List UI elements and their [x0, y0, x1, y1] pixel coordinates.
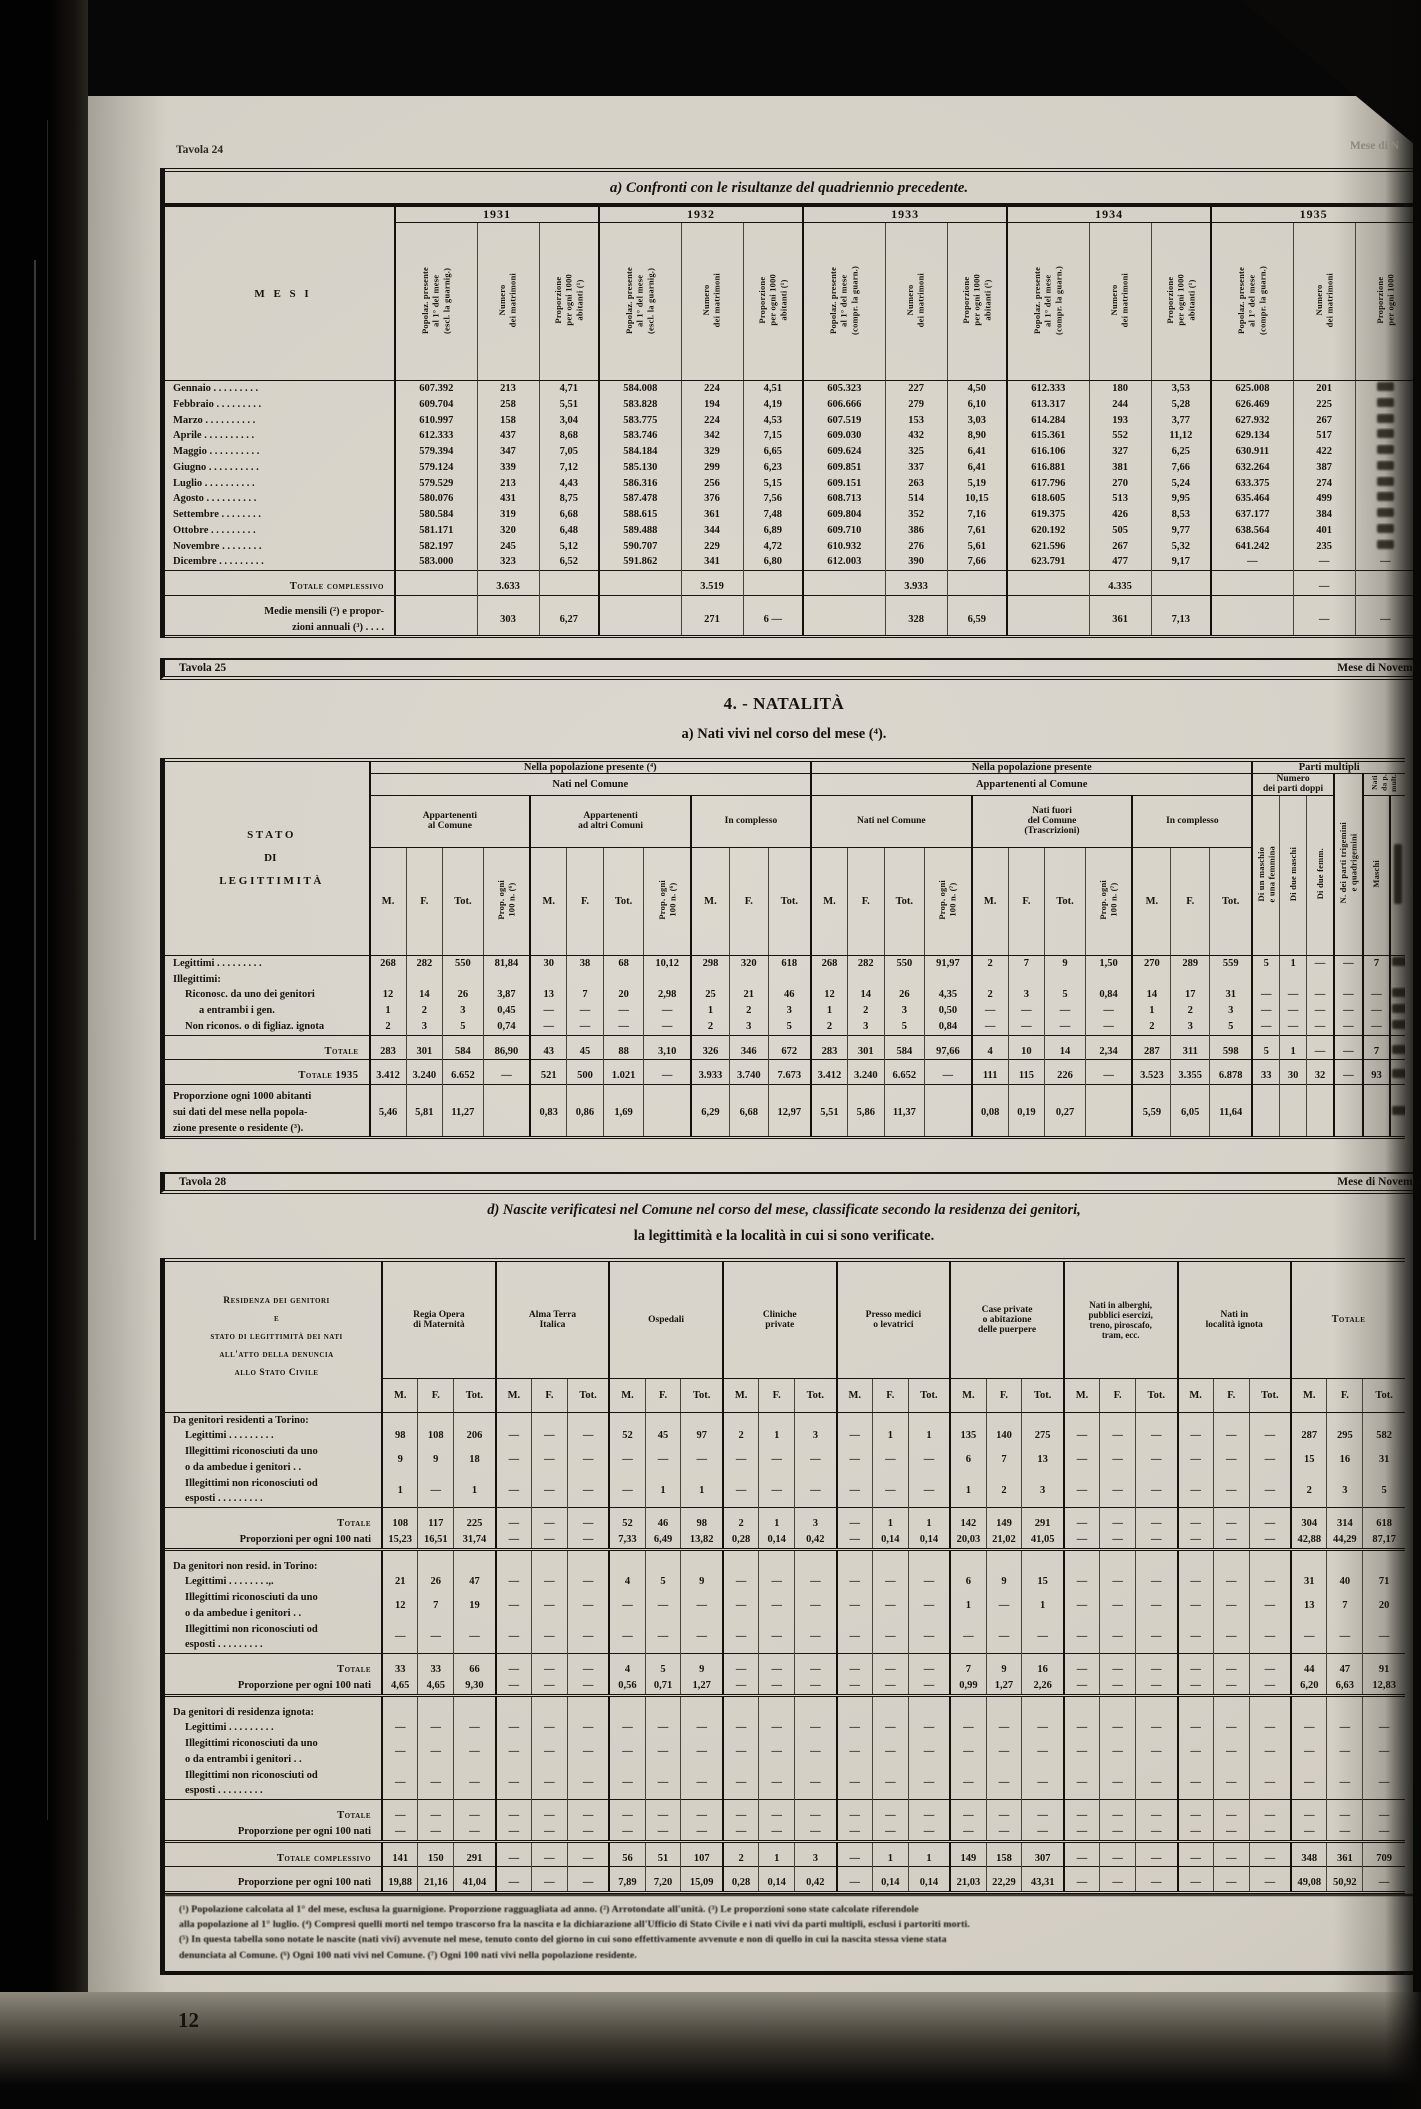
natalita-subtitle: a) Nati vivi nel corso del mese (⁴).	[160, 726, 1408, 743]
col-header: F.	[567, 847, 604, 955]
data-cell: 623.791	[1007, 554, 1089, 570]
data-cell: —	[645, 1768, 681, 1800]
data-cell: —	[1293, 554, 1355, 570]
data-cell	[795, 1412, 837, 1428]
data-cell: —	[1100, 1622, 1136, 1654]
illegible-smudge	[1377, 445, 1394, 454]
data-cell: 2	[1171, 1003, 1210, 1019]
data-cell: —	[1291, 1622, 1327, 1654]
data-cell	[908, 1549, 950, 1574]
data-cell: —	[1100, 1508, 1136, 1532]
data-cell: 16	[1022, 1654, 1064, 1678]
data-cell: —	[759, 1720, 795, 1736]
data-cell	[609, 1549, 645, 1574]
data-cell: 17	[1171, 987, 1210, 1003]
data-cell: 6.652	[443, 1060, 484, 1085]
data-cell: —	[1252, 987, 1279, 1003]
data-cell: —	[681, 1800, 723, 1824]
data-cell: 584	[884, 1035, 925, 1060]
data-cell: —	[837, 1867, 873, 1893]
data-cell	[599, 571, 681, 596]
data-cell	[759, 1412, 795, 1428]
data-cell	[908, 1695, 950, 1720]
data-cell: —	[496, 1654, 532, 1678]
data-cell: —	[986, 1590, 1022, 1622]
col-alma-terra: Alma Terra Italica	[496, 1260, 610, 1378]
data-cell	[496, 1412, 532, 1428]
data-cell: —	[1307, 987, 1334, 1003]
stato-legittimita-header: S T A T O DI L E G I T T I M I T À	[165, 760, 370, 955]
row-label: Da genitori residenti a Torino:	[165, 1412, 382, 1428]
data-cell: 3	[768, 1003, 811, 1019]
g1-sub: Nati nel Comune	[370, 774, 811, 796]
data-cell: —	[1293, 571, 1355, 596]
col-header: Tot.	[681, 1378, 723, 1412]
data-cell: —	[567, 1444, 609, 1476]
data-cell: 5,51	[811, 1085, 848, 1138]
data-cell	[1355, 397, 1415, 413]
data-cell	[691, 972, 730, 988]
band-tavola25: Tavola 25 Mese di Novembre	[160, 658, 1421, 680]
data-cell	[1280, 972, 1307, 988]
data-cell: —	[496, 1622, 532, 1654]
data-cell	[1213, 1412, 1249, 1428]
data-cell: 5,15	[743, 476, 803, 492]
data-cell	[950, 1695, 986, 1720]
col-header: M.	[1178, 1378, 1214, 1412]
data-cell: —	[1334, 987, 1363, 1003]
col-header: Prop. ogni 100 n. (⁶)	[483, 847, 530, 955]
data-cell: 267	[1089, 539, 1151, 555]
data-cell: —	[1100, 1532, 1136, 1549]
data-cell: —	[872, 1444, 908, 1476]
col-header: M.	[811, 847, 848, 955]
data-cell: 6 —	[743, 595, 803, 637]
data-cell: 9,17	[1151, 554, 1211, 570]
data-cell	[1007, 595, 1089, 637]
data-cell: 282	[848, 955, 885, 971]
data-cell: —	[1136, 1476, 1178, 1508]
row-label: Gennaio . . . . . . . . .	[165, 381, 395, 397]
col-num-1931: Numero dei matrimoni	[497, 273, 518, 327]
data-cell: —	[1045, 1019, 1086, 1035]
data-cell: —	[1064, 1444, 1100, 1476]
data-cell: —	[1291, 1720, 1327, 1736]
data-cell: —	[496, 1800, 532, 1824]
data-cell: 18	[454, 1444, 496, 1476]
data-cell: —	[567, 1003, 604, 1019]
data-cell: —	[1213, 1720, 1249, 1736]
data-cell: 0,83	[530, 1085, 567, 1138]
col-pop-1935: Popolaz. presente al 1° del mese (compr.…	[1236, 266, 1268, 335]
data-cell: 3.523	[1132, 1060, 1171, 1085]
data-cell: 283	[811, 1035, 848, 1060]
data-cell: 5	[1252, 955, 1279, 971]
data-cell	[532, 1549, 568, 1574]
data-cell: 8,90	[947, 428, 1007, 444]
data-cell	[1064, 1549, 1100, 1574]
data-cell	[972, 972, 1009, 988]
table28-title-line1: d) Nascite verificatesi nel Comune nel c…	[160, 1202, 1408, 1219]
data-cell: —	[723, 1800, 759, 1824]
data-cell: 21,02	[986, 1532, 1022, 1549]
data-cell: 4	[609, 1654, 645, 1678]
data-cell: 505	[1089, 523, 1151, 539]
data-cell: 337	[885, 460, 947, 476]
data-cell: 149	[950, 1841, 986, 1867]
data-cell: —	[1213, 1654, 1249, 1678]
maschi-header: Maschi	[1363, 795, 1390, 955]
data-cell: 88	[603, 1035, 644, 1060]
data-cell: —	[1363, 1622, 1405, 1654]
illegible-smudge	[1392, 1020, 1405, 1029]
col-header: M.	[609, 1378, 645, 1412]
data-cell: 229	[681, 539, 743, 555]
data-cell: —	[723, 1574, 759, 1590]
col-num-1934: Numero dei matrimoni	[1109, 273, 1130, 327]
data-cell	[1327, 1695, 1363, 1720]
data-cell: —	[609, 1444, 645, 1476]
data-cell: —	[1136, 1444, 1178, 1476]
col-header: M.	[972, 847, 1009, 955]
data-cell: —	[950, 1768, 986, 1800]
table-row: Febbraio . . . . . . . . .609.7042585,51…	[165, 397, 1415, 413]
data-cell: 0,84	[925, 1019, 972, 1035]
data-cell	[418, 1695, 454, 1720]
data-cell: 12	[811, 987, 848, 1003]
data-cell: 25	[691, 987, 730, 1003]
data-cell: 630.911	[1211, 444, 1293, 460]
data-cell: 267	[1293, 413, 1355, 429]
data-cell: 47	[1327, 1654, 1363, 1678]
table-row: Da genitori di residenza ignota:	[165, 1695, 1405, 1720]
data-cell: 4,65	[382, 1678, 418, 1695]
data-cell: —	[532, 1867, 568, 1893]
data-cell: 3	[795, 1508, 837, 1532]
data-cell: —	[1064, 1768, 1100, 1800]
data-cell: 625.008	[1211, 381, 1293, 397]
data-cell: 6,59	[947, 595, 1007, 637]
g2-complesso: In complesso	[1132, 795, 1252, 847]
data-cell: —	[567, 1720, 609, 1736]
data-cell: 2	[723, 1508, 759, 1532]
data-cell: —	[723, 1654, 759, 1678]
data-cell: 299	[681, 460, 743, 476]
data-cell: 12,83	[1363, 1678, 1405, 1695]
col-prop-1934: Proporzione per ogni 1000 abitanti (¹)	[1165, 274, 1197, 326]
data-cell: 590.707	[599, 539, 681, 555]
data-cell: 633.375	[1211, 476, 1293, 492]
data-cell: 7,66	[947, 554, 1007, 570]
data-cell: 13	[530, 987, 567, 1003]
data-cell: 3.633	[477, 571, 539, 596]
data-cell: 91	[1363, 1654, 1405, 1678]
data-cell: —	[1307, 1019, 1334, 1035]
data-cell: —	[496, 1508, 532, 1532]
data-cell	[1210, 972, 1253, 988]
data-cell: —	[1280, 1019, 1307, 1035]
data-cell: 4,35	[925, 987, 972, 1003]
data-cell: —	[908, 1768, 950, 1800]
col-header: F.	[1008, 847, 1045, 955]
col-case-private: Case private o abitazione delle puerpere	[950, 1260, 1064, 1378]
data-cell	[1151, 571, 1211, 596]
data-cell: 615.361	[1007, 428, 1089, 444]
footnote-line: (⁵) In questa tabella sono notate le nas…	[179, 1932, 1403, 1947]
col-header: F.	[1213, 1378, 1249, 1412]
data-cell	[1355, 460, 1415, 476]
data-cell: —	[1008, 1003, 1045, 1019]
data-cell: —	[837, 1476, 873, 1508]
data-cell: —	[908, 1574, 950, 1590]
data-cell: 3	[1008, 987, 1045, 1003]
data-cell: —	[1100, 1574, 1136, 1590]
data-cell: —	[795, 1590, 837, 1622]
data-cell: 7,89	[609, 1867, 645, 1893]
data-cell: 226	[1045, 1060, 1086, 1085]
table-matrimoni-confronti: M E S I 1931 1932 1933 1934 1935 Popolaz…	[165, 205, 1415, 638]
table-row: Totale 19353.4123.2406.652—5215001.021—3…	[165, 1060, 1405, 1085]
data-cell: 401	[1293, 523, 1355, 539]
data-cell: 3	[730, 1019, 769, 1035]
data-cell: 271	[681, 595, 743, 637]
row-label: Illegittimi riconosciuti da uno o da amb…	[165, 1590, 382, 1622]
data-cell: —	[609, 1622, 645, 1654]
data-cell: —	[681, 1736, 723, 1768]
data-cell: —	[1022, 1824, 1064, 1841]
g3-title: Parti multipli	[1252, 760, 1405, 774]
data-cell: 153	[885, 413, 947, 429]
table-row: Proporzione ogni 1000 abitanti sui dati …	[165, 1085, 1405, 1138]
data-cell: 283	[370, 1035, 407, 1060]
table-row: Ottobre . . . . . . . . .581.1713206,485…	[165, 523, 1415, 539]
data-cell: —	[382, 1736, 418, 1768]
data-cell: 320	[730, 955, 769, 971]
data-cell: 42,88	[1291, 1532, 1327, 1549]
data-cell: —	[1178, 1532, 1214, 1549]
data-cell: 287	[1291, 1428, 1327, 1444]
page-number: 12	[178, 2008, 199, 2033]
data-cell: 40	[1327, 1574, 1363, 1590]
data-cell: —	[759, 1622, 795, 1654]
data-cell: 6,68	[539, 507, 599, 523]
data-cell: 6,63	[1327, 1678, 1363, 1695]
data-cell: 295	[1327, 1428, 1363, 1444]
data-cell: —	[1064, 1841, 1100, 1867]
data-cell	[1390, 1060, 1405, 1085]
data-cell: —	[1178, 1476, 1214, 1508]
data-cell: 33	[382, 1654, 418, 1678]
data-cell: 552	[1089, 428, 1151, 444]
table-row: Illegittimi:	[165, 972, 1405, 988]
data-cell: —	[1334, 1019, 1363, 1035]
data-cell: —	[1136, 1622, 1178, 1654]
row-label: Proporzione ogni 1000 abitanti sui dati …	[165, 1085, 370, 1138]
data-cell: 3	[443, 1003, 484, 1019]
data-cell: —	[644, 1060, 691, 1085]
data-cell: 422	[1293, 444, 1355, 460]
col-prop-1932: Proporzione per ogni 1000 abitanti (¹)	[757, 274, 789, 326]
data-cell: 709	[1363, 1841, 1405, 1867]
data-cell	[803, 571, 885, 596]
data-cell: —	[567, 1590, 609, 1622]
data-cell	[908, 1412, 950, 1428]
row-label: Illegittimi:	[165, 972, 370, 988]
data-cell	[454, 1549, 496, 1574]
illegible-smudge	[1392, 1106, 1405, 1115]
col-ospedali: Ospedali	[609, 1260, 723, 1378]
row-label: Proporzioni per ogni 100 nati	[165, 1532, 382, 1549]
data-cell: —	[1363, 1019, 1390, 1035]
data-cell: 1	[908, 1428, 950, 1444]
data-cell	[599, 595, 681, 637]
year-1933: 1933	[803, 206, 1007, 223]
data-cell: —	[681, 1720, 723, 1736]
data-cell: 68	[603, 955, 644, 971]
data-cell: 46	[645, 1508, 681, 1532]
data-cell: —	[872, 1574, 908, 1590]
table-row: Aprile . . . . . . . . . .612.3334378,68…	[165, 428, 1415, 444]
data-cell: 279	[885, 397, 947, 413]
col-num-1932: Numero dei matrimoni	[701, 273, 722, 327]
data-cell: —	[567, 1428, 609, 1444]
data-cell: —	[1249, 1720, 1291, 1736]
data-cell: 7	[418, 1590, 454, 1622]
data-cell: —	[1136, 1720, 1178, 1736]
mesi-header: M E S I	[165, 206, 395, 381]
row-label: Illegittimi non riconosciuti od esposti …	[165, 1476, 382, 1508]
data-cell: 11,27	[443, 1085, 484, 1138]
data-cell: —	[567, 1867, 609, 1893]
col-header: F.	[532, 1378, 568, 1412]
data-cell	[395, 571, 477, 596]
data-cell: 384	[1293, 507, 1355, 523]
data-cell: —	[532, 1532, 568, 1549]
col-num-1933: Numero dei matrimoni	[905, 273, 926, 327]
data-cell: —	[1022, 1622, 1064, 1654]
data-cell: 314	[1327, 1508, 1363, 1532]
data-cell: 15,09	[681, 1867, 723, 1893]
data-cell: 26	[443, 987, 484, 1003]
data-cell: 386	[885, 523, 947, 539]
data-cell: —	[645, 1736, 681, 1768]
data-cell: —	[1022, 1768, 1064, 1800]
data-cell: —	[567, 1654, 609, 1678]
data-cell	[947, 571, 1007, 596]
data-cell: 38	[567, 955, 604, 971]
data-cell: 3	[1210, 1003, 1253, 1019]
data-cell: —	[1363, 1867, 1405, 1893]
data-cell	[1100, 1549, 1136, 1574]
data-cell: —	[1100, 1736, 1136, 1768]
data-cell: 276	[885, 539, 947, 555]
data-cell: 0,45	[483, 1003, 530, 1019]
data-cell: 43	[530, 1035, 567, 1060]
data-cell: —	[645, 1800, 681, 1824]
data-cell	[1390, 1019, 1405, 1035]
data-cell: 1,69	[603, 1085, 644, 1138]
data-cell: 2	[1291, 1476, 1327, 1508]
data-cell: —	[1334, 1060, 1363, 1085]
data-cell: —	[532, 1824, 568, 1841]
film-scratch	[34, 260, 36, 1240]
data-cell: 5	[768, 1019, 811, 1035]
data-cell: —	[603, 1019, 644, 1035]
data-cell: 1	[454, 1476, 496, 1508]
data-cell: 1	[950, 1590, 986, 1622]
data-cell: 3.240	[848, 1060, 885, 1085]
data-cell	[1355, 476, 1415, 492]
data-cell: 5,51	[539, 397, 599, 413]
data-cell: 52	[609, 1428, 645, 1444]
illegible-smudge	[1377, 382, 1394, 391]
data-cell: 641.242	[1211, 539, 1293, 555]
data-cell: 616.106	[1007, 444, 1089, 460]
data-cell	[1390, 955, 1405, 971]
col-pop-1934: Popolaz. presente al 1° del mese (compr.…	[1032, 266, 1064, 335]
data-cell: —	[759, 1444, 795, 1476]
data-cell	[1363, 1695, 1405, 1720]
data-cell: 613.317	[1007, 397, 1089, 413]
table-row: Illegittimi riconosciuti da uno o da ent…	[165, 1736, 1405, 1768]
data-cell: —	[1100, 1800, 1136, 1824]
doppi-mf-header: Di un maschio e una femmina	[1252, 795, 1279, 955]
data-cell: 0,27	[1045, 1085, 1086, 1138]
data-cell: —	[681, 1824, 723, 1841]
data-cell: 4,50	[947, 381, 1007, 397]
data-cell	[681, 1549, 723, 1574]
natalita-title: 4. - NATALITÀ	[160, 694, 1408, 714]
data-cell: 9	[418, 1444, 454, 1476]
row-label: Totale	[165, 1654, 382, 1678]
data-cell: —	[1249, 1768, 1291, 1800]
data-cell: 5,59	[1132, 1085, 1171, 1138]
data-cell: 587.478	[599, 491, 681, 507]
data-cell: —	[496, 1444, 532, 1476]
data-cell: 6	[950, 1574, 986, 1590]
col-cliniche: Cliniche private	[723, 1260, 837, 1378]
row-label: Da genitori di residenza ignota:	[165, 1695, 382, 1720]
col-header: M.	[382, 1378, 418, 1412]
data-cell	[730, 972, 769, 988]
data-cell: 1	[645, 1476, 681, 1508]
data-cell: 361	[1089, 595, 1151, 637]
data-cell: —	[795, 1720, 837, 1736]
data-cell: 2	[986, 1476, 1022, 1508]
data-cell: 142	[950, 1508, 986, 1532]
data-cell: 256	[681, 476, 743, 492]
data-cell: 521	[530, 1060, 567, 1085]
data-cell: 311	[1171, 1035, 1210, 1060]
data-cell: —	[1136, 1532, 1178, 1549]
data-cell: —	[1178, 1508, 1214, 1532]
data-cell	[1355, 507, 1415, 523]
table-row: Totale complessivo141150291———5651107213…	[165, 1841, 1405, 1867]
data-cell: 6,05	[1171, 1085, 1210, 1138]
data-cell	[1213, 1695, 1249, 1720]
data-cell: 16	[1327, 1444, 1363, 1476]
data-cell: 5	[1363, 1476, 1405, 1508]
data-cell: 158	[986, 1841, 1022, 1867]
data-cell: 31,74	[454, 1532, 496, 1549]
data-cell	[1327, 1549, 1363, 1574]
data-cell: 7,05	[539, 444, 599, 460]
data-cell: —	[382, 1720, 418, 1736]
data-cell: 213	[477, 381, 539, 397]
table-nati-vivi: S T A T O DI L E G I T T I M I T À Nella…	[165, 758, 1405, 1139]
row-label: Giugno . . . . . . . . . .	[165, 460, 395, 476]
data-cell: —	[1213, 1824, 1249, 1841]
